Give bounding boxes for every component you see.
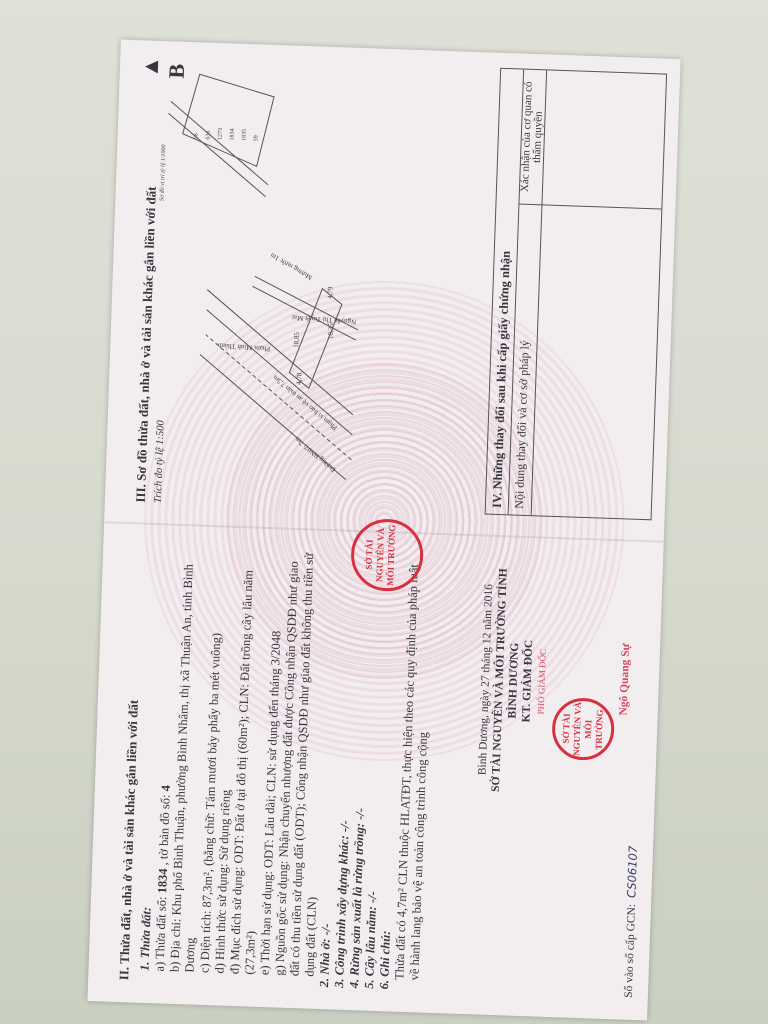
svg-text:636: 636 <box>206 131 212 140</box>
svg-text:4,79: 4,79 <box>326 286 334 299</box>
svg-text:Nguyễn Thị Tuyết Mai: Nguyễn Thị Tuyết Mai <box>292 313 357 325</box>
svg-text:1835: 1835 <box>241 129 247 141</box>
svg-text:Đường BN07: 7m: Đường BN07: 7m <box>293 435 337 474</box>
signature-block: Bình Dương, ngày 27 tháng 12 năm 2016 SỞ… <box>475 559 553 801</box>
svg-text:18,35: 18,35 <box>327 323 336 340</box>
column-divider <box>542 204 661 209</box>
svg-text:58: 58 <box>194 133 200 139</box>
land-certificate-page: II. Thửa đất, nhà ở và tài sản khác gắn … <box>87 40 680 1021</box>
svg-text:Mương nước 1m: Mương nước 1m <box>268 251 313 282</box>
svg-text:4,78: 4,78 <box>295 372 303 385</box>
registration-number: Số vào sổ cấp GCN:CS06107 <box>621 846 640 998</box>
svg-text:1834: 1834 <box>230 128 236 140</box>
column-header-confirmation: Xác nhận của cơ quan có thẩm quyền <box>518 70 547 206</box>
location-map: 58 636 1273 1834 1835 59 Sơ đồ vị trí tỷ… <box>155 63 280 207</box>
official-stamp-signature: SỞ TÀI NGUYÊN VÀ MÔI TRƯỜNG <box>551 697 615 761</box>
svg-text:59: 59 <box>253 135 259 141</box>
svg-text:Sơ đồ vị trí tỷ lệ 1/1000: Sơ đồ vị trí tỷ lệ 1/1000 <box>158 144 167 201</box>
section-ii: II. Thửa đất, nhà ở và tài sản khác gắn … <box>116 540 437 990</box>
svg-text:Phạm Minh Thành: Phạm Minh Thành <box>217 341 270 353</box>
parcel-diagram: Đường BN07: 7m Phạm vi bảo vệ an toàn 7,… <box>185 224 364 490</box>
svg-text:18,85: 18,85 <box>292 331 301 348</box>
signer-name: Ngô Quang Sự <box>615 579 634 779</box>
changes-table: IV. Những thay đổi sau khi cấp giấy chứn… <box>485 68 667 521</box>
svg-text:Phạm vi bảo vệ an toàn 7,5m: Phạm vi bảo vệ an toàn 7,5m <box>271 373 339 432</box>
svg-text:1273: 1273 <box>218 128 224 140</box>
north-arrow-icon: ▲ B <box>138 40 191 79</box>
